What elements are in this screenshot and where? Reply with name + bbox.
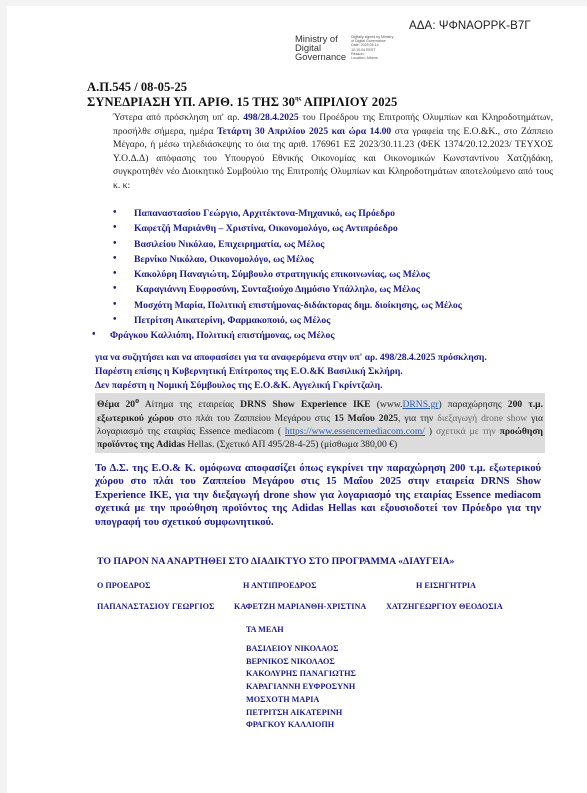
attendance-notes: για να συζητήσει και να αποφασίσει για τ… [95,351,565,392]
list-item: Καραγιάννη Ευφροσύνη, Συνταξιούχο Δημόσι… [113,284,553,299]
publication-note: ΤΟ ΠΑΡΟΝ ΝΑ ΑΝΑΡΤΗΘΕΙ ΣΤΟ ΔΙΑΔΙΚΤΥΟ ΣΤΟ … [97,556,454,567]
list-item: Μοσχότη Μαρία, Πολιτική επιστήμονας-διδά… [113,300,553,315]
members-heading: ΤΑ ΜΕΛΗ [246,625,284,634]
list-item: Βασιλείου Νικόλαο, Επιχειρηματία, ως Μέλ… [113,239,553,254]
digital-signature-stamp: Ministry of Digital Governance Digitally… [295,34,407,61]
signature-metadata: Digitally signed by Ministry of Digital … [351,35,407,60]
signature-organization: Ministry of Digital Governance [295,34,346,61]
list-item: Καφετζή Μαριάνθη – Χριστίνα, Οικονομολόγ… [113,223,553,238]
list-item: Φράγκου Καλλιόπη, Πολιτική επιστήμονας, … [92,330,553,345]
list-item: Κακολύρη Παναγιώτη, Σύμβουλο στρατηγικής… [113,269,553,284]
ada-code: ΑΔΑ: ΨΦΝΑΟΡΡΚ-Β7Γ [409,20,531,32]
list-item: ΒΑΣΙΛΕΙΟΥ ΝΙΚΟΛΑΟΣ [246,643,356,656]
session-title: ΣΥΝΕΔΡΙΑΣΗ ΥΠ. ΑΡΙΘ. 15 ΤΗΣ 30ης ΑΠΡΙΛΙΟ… [87,95,397,110]
essence-mediacom-link[interactable]: https://www.essencemediacom.com/ [285,426,425,437]
list-item: Βερνίκο Νικόλαο, Οικονομολόγο, ως Μέλος [113,254,553,269]
protocol-reference: Α.Π.545 / 08-05-25 [87,80,187,95]
board-members-list: Παπαναστασίου Γεώργιο, Αρχιτέκτονα-Μηχαν… [113,208,553,346]
meeting-date-time: Τετάρτη 30 Απριλίου 2025 και ώρα 14.00 [217,126,391,137]
list-item: ΒΕΡΝΙΚΟΣ ΝΙΚΟΛΑΟΣ [246,656,356,669]
member-signatures: ΒΑΣΙΛΕΙΟΥ ΝΙΚΟΛΑΟΣ ΒΕΡΝΙΚΟΣ ΝΙΚΟΛΑΟΣ ΚΑΚ… [246,643,356,732]
agenda-subject: Θέμα 20ο Αίτημα της εταιρείας DRNS Show … [95,393,545,453]
invitation-reference: 498/28.4.2025 [243,112,298,123]
list-item: ΦΡΑΓΚΟΥ ΚΑΛΛΙΟΠΗ [246,719,356,732]
list-item: ΚΑΚΟΛΥΡΗΣ ΠΑΝΑΓΙΩΤΗΣ [246,668,356,681]
list-item: ΚΑΡΑΓΙΑΝΝΗ ΕΥΦΡΟΣΥΝΗ [246,681,356,694]
board-decision: Το Δ.Σ. της Ε.Ο.& Κ. ομόφωνα αποφασίζει … [95,462,541,529]
drns-website-link[interactable]: DRNS.gr [402,399,438,410]
subject-label: Θέμα 20ο [97,399,139,410]
list-item: Πετρίτση Αικατερίνη, Φαρμακοποιό, ως Μέλ… [113,315,553,330]
list-item: ΜΟΣΧΟΤΗ ΜΑΡΙΑ [246,694,356,707]
intro-paragraph: Ύστερα από πρόσκληση υπ' αρ. 498/28.4.20… [113,111,553,193]
list-item: ΠΕΤΡΙΤΣΗ ΑΙΚΑΤΕΡΙΝΗ [246,707,356,720]
list-item: Παπαναστασίου Γεώργιο, Αρχιτέκτονα-Μηχαν… [113,208,553,223]
